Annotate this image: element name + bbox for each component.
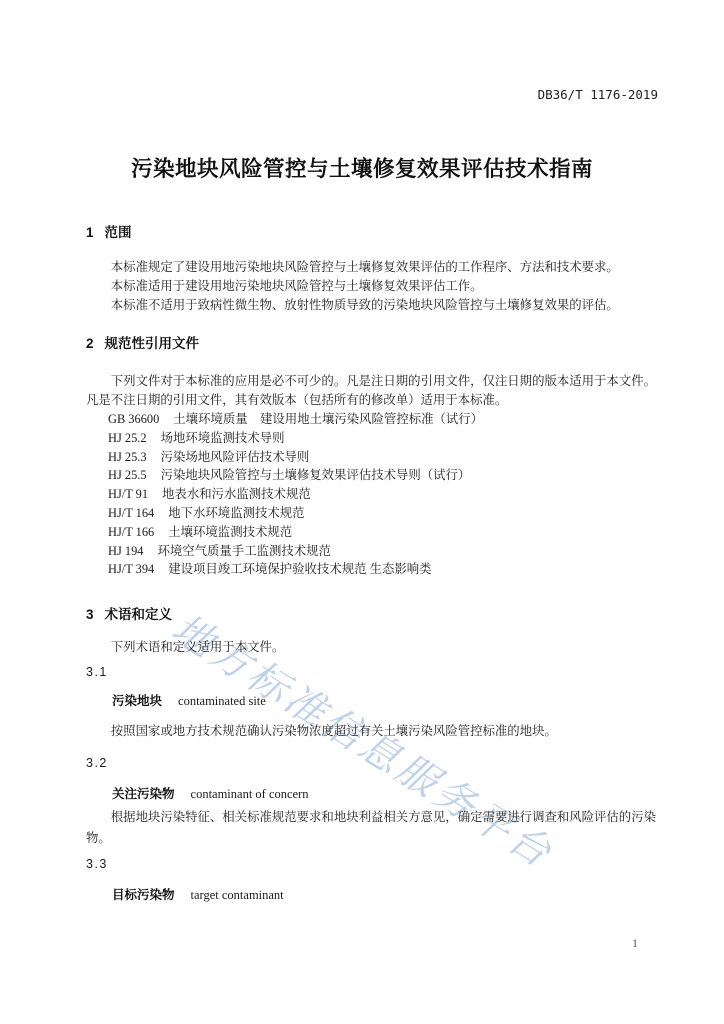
section2-heading-label: 规范性引用文件	[105, 336, 200, 351]
reference-code: HJ/T 164	[108, 506, 154, 520]
reference-title: 污染场地风险评估技术导则	[161, 450, 310, 464]
document-page: 地方标准信息服务平台 DB36/T 1176-2019 污染地块风险管控与土壤修…	[0, 0, 724, 1024]
paragraph: 本标准不适用于致病性微生物、放射性物质导致的污染地块风险管控与土壤修复效果的评估…	[86, 296, 660, 315]
standard-code: DB36/T 1176-2019	[538, 87, 658, 102]
term-number: 3.3	[86, 857, 108, 871]
term-english: contaminated site	[178, 694, 266, 708]
reference-title: 污染地块风险管控与土壤修复效果评估技术导则（试行）	[161, 468, 471, 482]
section1-number: 1	[86, 225, 94, 240]
paragraph: 下列术语和定义适用于本文件。	[86, 638, 660, 657]
reference-title: 地下水环境监测技术规范	[168, 506, 304, 520]
reference-item: HJ/T 164地下水环境监测技术规范	[86, 504, 660, 523]
term-english: contaminant of concern	[191, 787, 309, 801]
reference-item: HJ 25.3污染场地风险评估技术导则	[86, 448, 660, 467]
reference-item: HJ/T 394建设项目竣工环境保护验收技术规范 生态影响类	[86, 560, 660, 579]
reference-item: HJ 194环境空气质量手工监测技术规范	[86, 542, 660, 561]
section1-heading-label: 范围	[105, 225, 132, 240]
paragraph: 按照国家或地方技术规范确认污染物浓度超过有关土壤污染风险管控标准的地块。	[86, 722, 660, 741]
reference-item: GB 36600土壤环境质量 建设用地土壤污染风险管控标准（试行）	[86, 410, 660, 429]
reference-list: GB 36600土壤环境质量 建设用地土壤污染风险管控标准（试行） HJ 25.…	[86, 410, 660, 579]
section2-heading: 2规范性引用文件	[86, 332, 199, 352]
section2-number: 2	[86, 336, 94, 351]
reference-item: HJ 25.2场地环境监测技术导则	[86, 429, 660, 448]
reference-code: HJ 194	[108, 544, 143, 558]
section1-heading: 1范围	[86, 221, 132, 241]
reference-code: HJ/T 166	[108, 525, 154, 539]
reference-item: HJ 25.5污染地块风险管控与土壤修复效果评估技术导则（试行）	[86, 466, 660, 485]
reference-title: 场地环境监测技术导则	[161, 431, 285, 445]
document-title: 污染地块风险管控与土壤修复效果评估技术指南	[0, 152, 724, 183]
reference-title: 土壤环境质量 建设用地土壤污染风险管控标准（试行）	[173, 412, 483, 426]
reference-code: HJ 25.5	[108, 468, 147, 482]
page-number: 1	[632, 936, 638, 951]
term-number: 3.1	[86, 665, 108, 679]
reference-code: HJ/T 394	[108, 562, 154, 576]
paragraph: 本标准适用于建设用地污染地块风险管控与土壤修复效果评估工作。	[86, 277, 660, 296]
term-entry: 目标污染物target contaminant	[86, 885, 284, 904]
term-chinese: 目标污染物	[112, 888, 175, 902]
paragraph: 下列文件对于本标准的应用是必不可少的。凡是注日期的引用文件，仅注日期的版本适用于…	[86, 372, 660, 410]
reference-item: HJ/T 91地表水和污水监测技术规范	[86, 485, 660, 504]
section3-heading: 3术语和定义	[86, 603, 172, 623]
paragraph: 根据地块污染特征、相关标准规范要求和地块利益相关方意见，确定需要进行调查和风险评…	[86, 807, 660, 848]
term-definition: 根据地块污染特征、相关标准规范要求和地块利益相关方意见，确定需要进行调查和风险评…	[86, 807, 660, 848]
section1-body: 本标准规定了建设用地污染地块风险管控与土壤修复效果评估的工作程序、方法和技术要求…	[86, 258, 660, 314]
term-entry: 污染地块contaminated site	[86, 691, 266, 710]
reference-code: GB 36600	[108, 412, 159, 426]
section3-intro: 下列术语和定义适用于本文件。	[86, 638, 660, 657]
reference-item: HJ/T 166土壤环境监测技术规范	[86, 523, 660, 542]
reference-title: 地表水和污水监测技术规范	[162, 487, 311, 501]
section3-heading-label: 术语和定义	[105, 607, 173, 622]
reference-code: HJ 25.3	[108, 450, 147, 464]
term-chinese: 污染地块	[112, 694, 162, 708]
term-english: target contaminant	[191, 888, 284, 902]
term-chinese: 关注污染物	[112, 787, 175, 801]
section3-number: 3	[86, 607, 94, 622]
reference-title: 环境空气质量手工监测技术规范	[157, 544, 330, 558]
term-definition: 按照国家或地方技术规范确认污染物浓度超过有关土壤污染风险管控标准的地块。	[86, 722, 660, 741]
reference-title: 土壤环境监测技术规范	[168, 525, 292, 539]
reference-code: HJ 25.2	[108, 431, 147, 445]
section2-intro: 下列文件对于本标准的应用是必不可少的。凡是注日期的引用文件，仅注日期的版本适用于…	[86, 372, 660, 410]
paragraph: 本标准规定了建设用地污染地块风险管控与土壤修复效果评估的工作程序、方法和技术要求…	[86, 258, 660, 277]
reference-code: HJ/T 91	[108, 487, 148, 501]
term-entry: 关注污染物contaminant of concern	[86, 784, 309, 803]
reference-title: 建设项目竣工环境保护验收技术规范 生态影响类	[168, 562, 431, 576]
term-number: 3.2	[86, 756, 108, 770]
